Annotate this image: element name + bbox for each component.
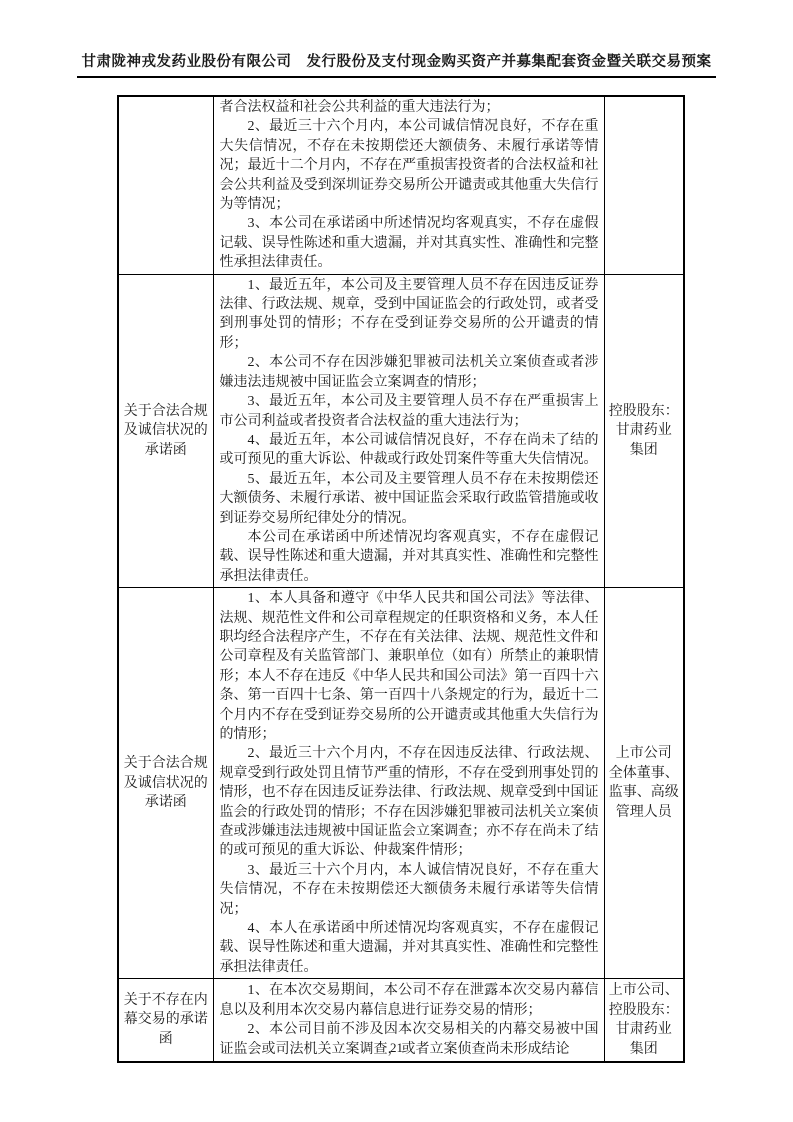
table-row: 者合法权益和社会公共利益的重大违法行为；2、最近三十六个月内，本公司诚信情况良好…	[118, 96, 684, 274]
commitments-table: 者合法权益和社会公共利益的重大违法行为；2、最近三十六个月内，本公司诚信情况良好…	[117, 95, 685, 1063]
page-footer: 21	[0, 1040, 793, 1056]
commitment-paragraph: 3、最近三十六个月内，本人诚信情况良好，不存在重大失信情况，不存在未按期偿还大额…	[220, 861, 599, 919]
commitment-paragraph: 4、本人在承诺函中所述情况均客观真实，不存在虚假记载、误导性陈述和重大遗漏，并对…	[220, 919, 599, 977]
commitment-paragraph: 4、最近五年，本公司诚信情况良好，不存在尚未了结的或可预见的重大诉讼、仲裁或行政…	[220, 431, 599, 470]
commitment-party-cell	[604, 96, 684, 274]
commitment-paragraph: 2、最近三十六个月内，本公司诚信情况良好，不存在重大失信情况，不存在未按期偿还大…	[220, 117, 599, 214]
commitment-party-cell: 控股股东： 甘肃药业 集团	[604, 274, 684, 588]
header-title: 甘肃陇神戎发药业股份有限公司 发行股份及支付现金购买资产并募集配套资金暨关联交易…	[82, 54, 712, 70]
page-number: 21	[390, 1040, 403, 1055]
commitment-paragraph: 者合法权益和社会公共利益的重大违法行为；	[220, 98, 599, 117]
commitment-paragraph: 3、本公司在承诺函中所述情况均客观真实，不存在虚假记载、误导性陈述和重大遗漏，并…	[220, 214, 599, 272]
commitment-paragraph: 3、最近五年，本公司及主要管理人员不存在严重损害上市公司利益或者投资者合法权益的…	[220, 392, 599, 431]
table-row: 关于合法合规 及诚信状况的 承诺函1、本人具备和遵守《中华人民共和国公司法》等法…	[118, 588, 684, 979]
commitment-paragraph: 2、最近三十六个月内，不存在因违反法律、行政法规、规章受到行政处罚且情节严重的情…	[220, 744, 599, 860]
commitment-paragraph: 1、在本次交易期间，本公司不存在泄露本次交易内幕信息以及利用本次交易内幕信息进行…	[220, 981, 599, 1020]
commitment-type-cell: 关于合法合规 及诚信状况的 承诺函	[118, 588, 213, 979]
table-row: 关于合法合规 及诚信状况的 承诺函1、最近五年，本公司及主要管理人员不存在因违反…	[118, 274, 684, 588]
commitment-paragraph: 1、本人具备和遵守《中华人民共和国公司法》等法律、法规、规范性文件和公司章程规定…	[220, 589, 599, 744]
commitment-party-cell: 上市公司 全体董事、 监事、高级 管理人员	[604, 588, 684, 979]
commitment-type-cell: 关于合法合规 及诚信状况的 承诺函	[118, 274, 213, 588]
commitments-table-body: 者合法权益和社会公共利益的重大违法行为；2、最近三十六个月内，本公司诚信情况良好…	[118, 96, 684, 1062]
commitment-content-cell: 1、本人具备和遵守《中华人民共和国公司法》等法律、法规、规范性文件和公司章程规定…	[213, 588, 604, 979]
commitment-paragraph: 5、最近五年，本公司及主要管理人员不存在未按期偿还大额债务、未履行承诺、被中国证…	[220, 470, 599, 528]
commitment-paragraph: 1、最近五年，本公司及主要管理人员不存在因违反证券法律、行政法规、规章，受到中国…	[220, 276, 599, 354]
commitment-paragraph: 本公司在承诺函中所述情况均客观真实，不存在虚假记载、误导性陈述和重大遗漏，并对其…	[220, 528, 599, 586]
commitment-content-cell: 者合法权益和社会公共利益的重大违法行为；2、最近三十六个月内，本公司诚信情况良好…	[213, 96, 604, 274]
commitment-paragraph: 2、本公司不存在因涉嫌犯罪被司法机关立案侦查或者涉嫌违法违规被中国证监会立案调查…	[220, 353, 599, 392]
commitment-type-cell	[118, 96, 213, 274]
commitment-content-cell: 1、最近五年，本公司及主要管理人员不存在因违反证券法律、行政法规、规章，受到中国…	[213, 274, 604, 588]
document-page: 甘肃陇神戎发药业股份有限公司 发行股份及支付现金购买资产并募集配套资金暨关联交易…	[0, 0, 793, 1122]
page-header: 甘肃陇神戎发药业股份有限公司 发行股份及支付现金购买资产并募集配套资金暨关联交易…	[77, 50, 716, 78]
